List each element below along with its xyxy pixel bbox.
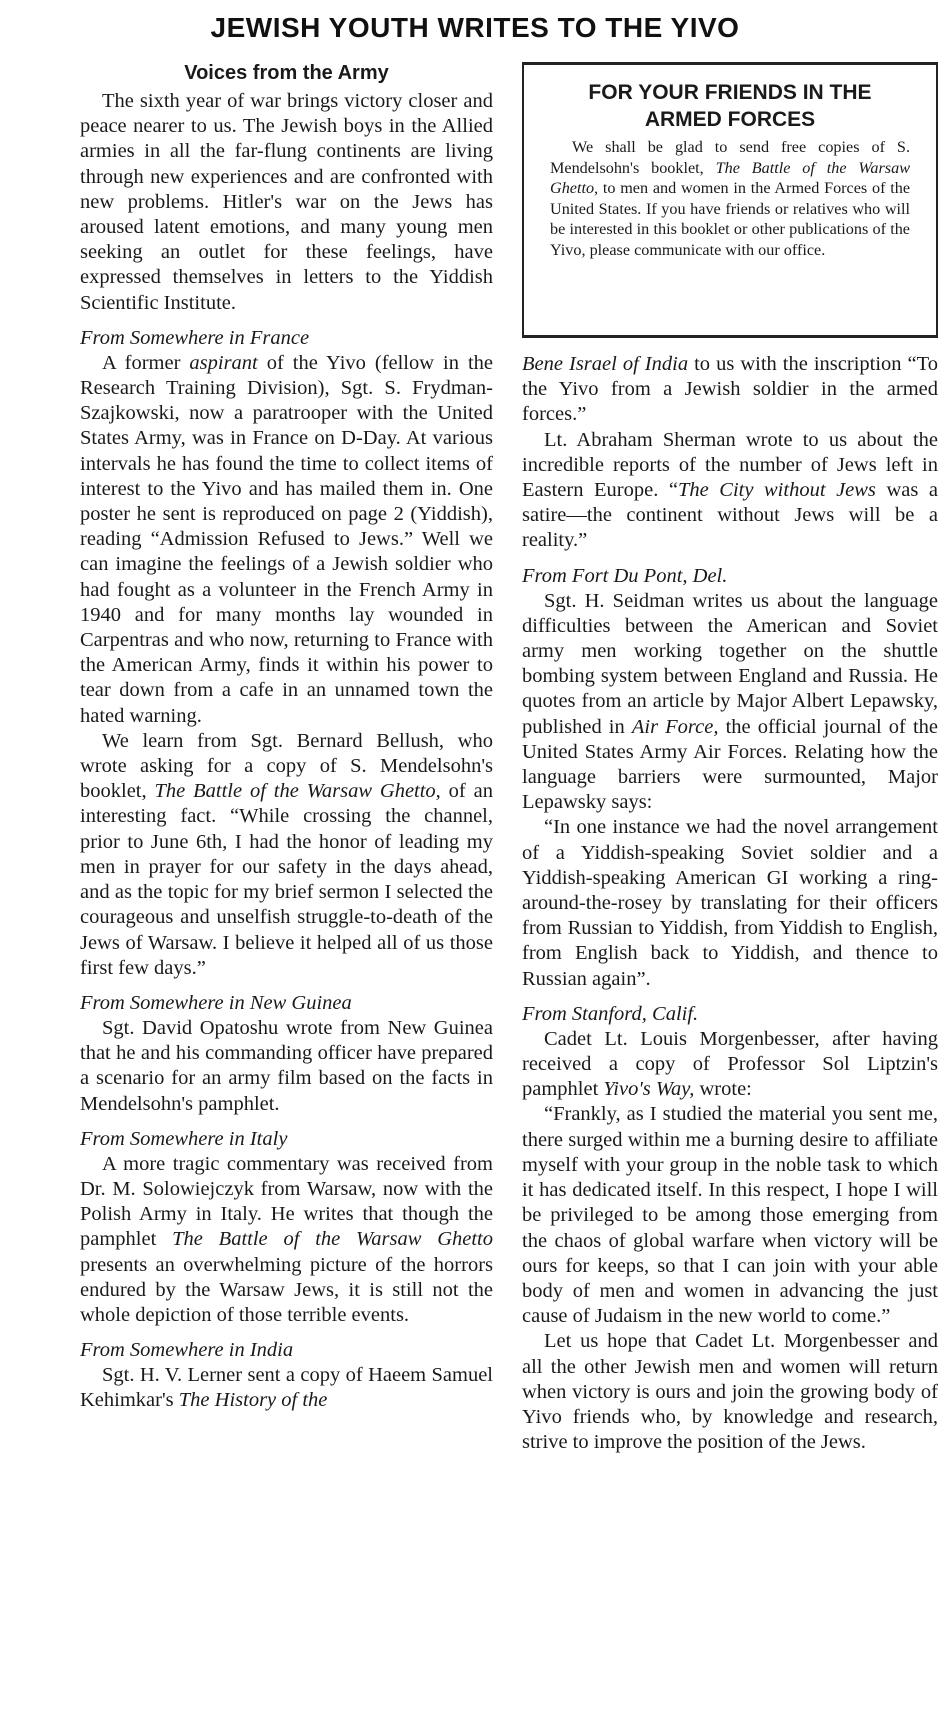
- text: A former: [102, 352, 189, 374]
- section-heading-italy: From Somewhere in Italy: [80, 1127, 493, 1152]
- text: of the Yivo (fellow in the Research Trai…: [80, 352, 493, 727]
- stanford-quote-paragraph: “Frankly, as I studied the material you …: [522, 1102, 938, 1329]
- book-title: Yivo's Way,: [603, 1078, 694, 1100]
- france-paragraph-2: We learn from Sgt. Bernard Bellush, who …: [80, 729, 493, 981]
- book-title: The Battle of the Warsaw Ghetto,: [155, 780, 441, 802]
- new-guinea-paragraph: Sgt. David Opatoshu wrote from New Guine…: [80, 1016, 493, 1117]
- armed-forces-notice-box: FOR YOUR FRIENDS IN THE ARMED FORCES We …: [522, 62, 938, 338]
- closing-paragraph: Let us hope that Cadet Lt. Morgenbesser …: [522, 1329, 938, 1455]
- italy-paragraph: A more tragic commentary was received fr…: [80, 1152, 493, 1328]
- italic-term: aspirant: [189, 352, 257, 374]
- dupont-paragraph-1: Sgt. H. Seidman writes us about the lang…: [522, 589, 938, 816]
- section-heading-new-guinea: From Somewhere in New Guinea: [80, 991, 493, 1016]
- section-heading-stanford: From Stanford, Calif.: [522, 1002, 938, 1027]
- text: of an interesting fact. “While crossing …: [80, 780, 493, 978]
- intro-paragraph: The sixth year of war brings victory clo…: [80, 89, 493, 316]
- section-heading-france: From Somewhere in France: [80, 326, 493, 351]
- text: to men and women in the Armed Forces of …: [550, 179, 910, 259]
- india-continued-paragraph: Bene Israel of India to us with the insc…: [522, 352, 938, 428]
- sherman-paragraph: Lt. Abraham Sherman wrote to us about th…: [522, 428, 938, 554]
- text: presents an overwhelming picture of the …: [80, 1254, 493, 1326]
- left-column: Voices from the Army The sixth year of w…: [80, 62, 493, 1414]
- book-title: Bene Israel of India: [522, 353, 688, 375]
- notice-title: FOR YOUR FRIENDS IN THE ARMED FORCES: [550, 79, 910, 133]
- book-title: The History of the: [179, 1389, 328, 1411]
- notice-text: We shall be glad to send free copies of …: [550, 137, 910, 260]
- france-paragraph-1: A former aspirant of the Yivo (fellow in…: [80, 351, 493, 729]
- dupont-quote-paragraph: “In one instance we had the novel arrang…: [522, 815, 938, 991]
- stanford-paragraph-1: Cadet Lt. Louis Morgenbesser, after havi…: [522, 1027, 938, 1103]
- book-title: The Battle of the Warsaw Ghetto: [172, 1228, 493, 1250]
- page-title: JEWISH YOUTH WRITES TO THE YIVO: [0, 12, 950, 44]
- section-subhead: Voices from the Army: [80, 62, 493, 85]
- section-heading-india: From Somewhere in India: [80, 1338, 493, 1363]
- text: wrote:: [694, 1078, 752, 1100]
- journal-title: Air Force,: [632, 716, 719, 738]
- right-column: FOR YOUR FRIENDS IN THE ARMED FORCES We …: [522, 62, 938, 1455]
- section-heading-fort-du-pont: From Fort Du Pont, Del.: [522, 564, 938, 589]
- india-paragraph: Sgt. H. V. Lerner sent a copy of Haeem S…: [80, 1363, 493, 1413]
- book-title: The City without Jews: [678, 479, 876, 501]
